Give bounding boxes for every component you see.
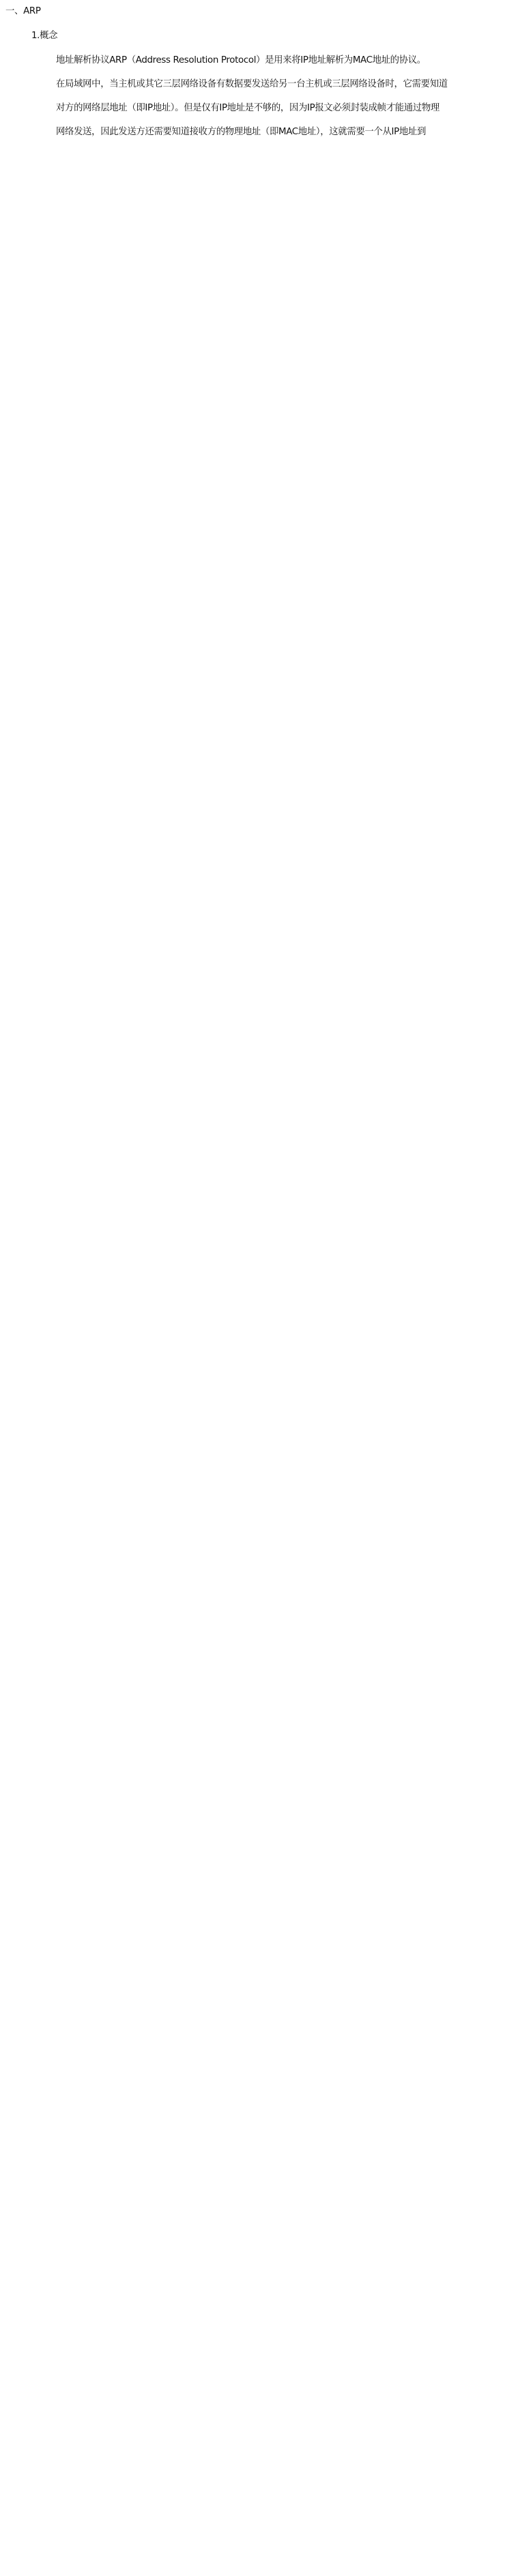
paragraph-line: 网络发送，因此发送方还需要知道接收方的物理地址（即MAC地址），这就需要一个从I… (56, 126, 426, 138)
paragraph-line: 对方的网络层地址（即IP地址）。但是仅有IP地址是不够的，因为IP报文必须封装成… (56, 102, 439, 115)
paragraph-line: 在局域网中，当主机或其它三层网络设备有数据要发送给另一台主机或三层网络设备时，它… (56, 78, 448, 91)
section-heading-arp: 一、ARP (5, 5, 41, 18)
subheading-concept: 1.概念 (31, 30, 57, 42)
paragraph-line: 地址解析协议ARP（Address Resolution Protocol）是用… (56, 55, 426, 67)
